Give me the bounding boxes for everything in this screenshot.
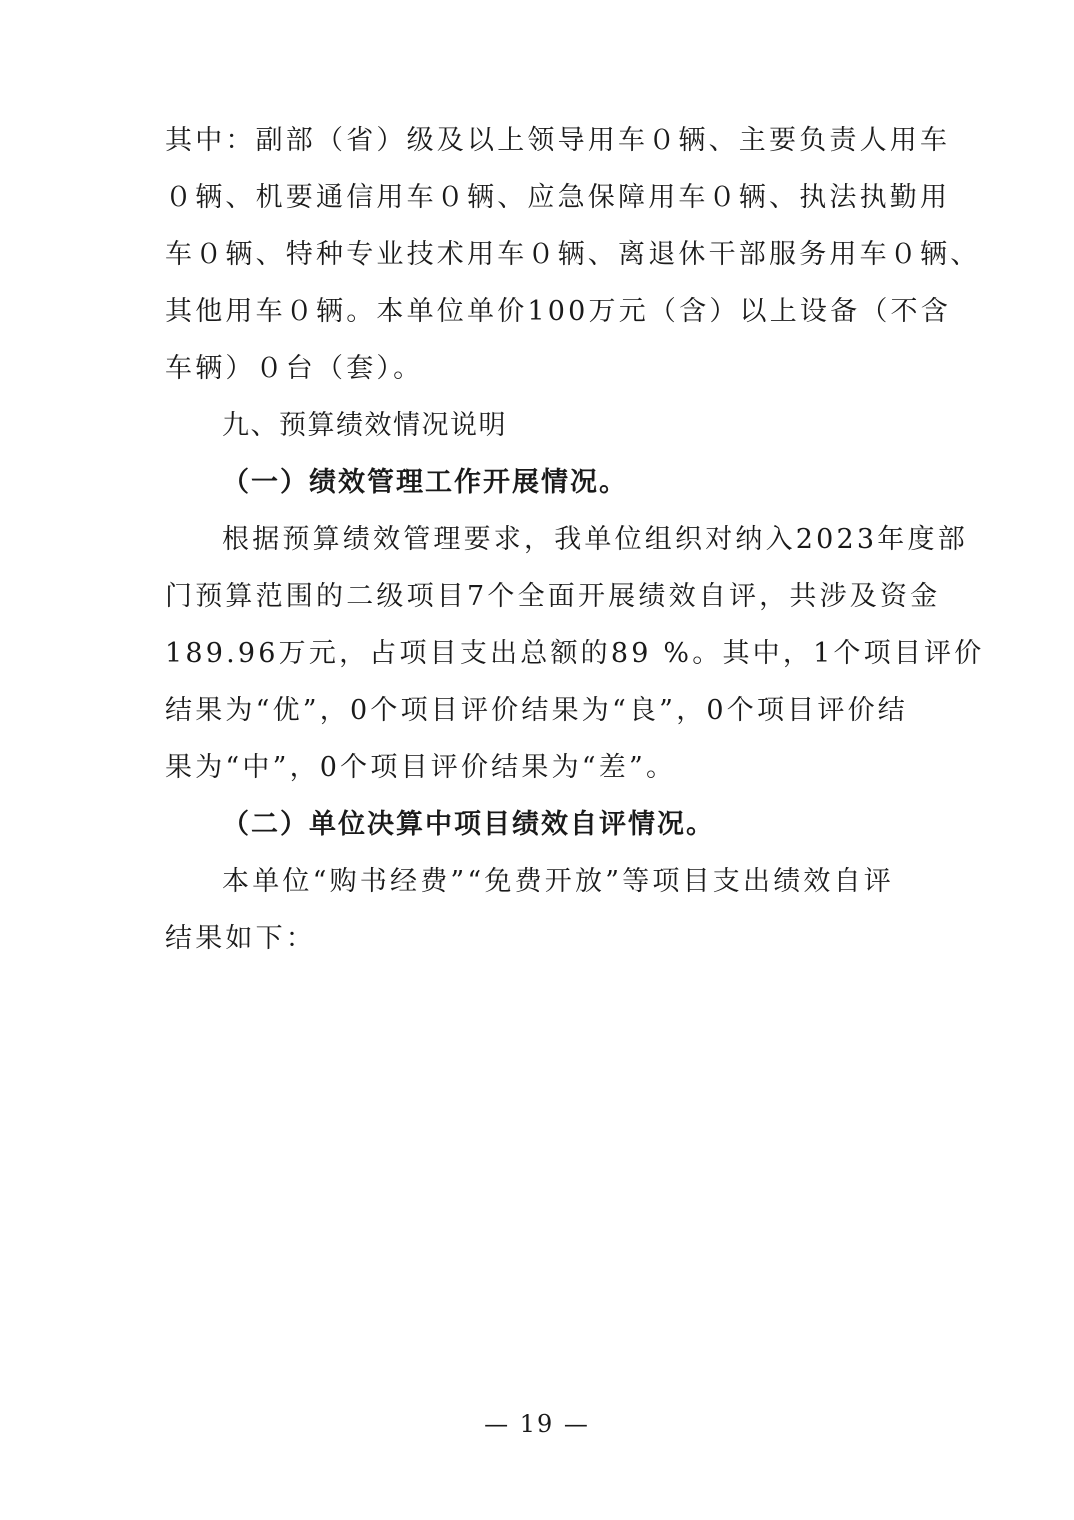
- vehicle-paragraph: 其中：副部（省）级及以上领导用车０辆、主要负责人用车 ０辆、机要通信用车０辆、应…: [165, 112, 915, 397]
- paragraph-line: 189.96万元，占项目支出总额的89 %。其中，1个项目评价: [165, 625, 915, 682]
- paragraph-line: 果为“中”，0个项目评价结果为“差”。: [165, 739, 915, 796]
- subsection-1-title: （一）绩效管理工作开展情况。: [165, 454, 915, 511]
- paragraph-line: 本单位“购书经费”“免费开放”等项目支出绩效自评: [165, 853, 915, 910]
- subsection-2-title: （二）单位决算中项目绩效自评情况。: [165, 796, 915, 853]
- paragraph-line: 结果如下：: [165, 910, 915, 967]
- section-heading: 九、预算绩效情况说明: [165, 397, 915, 454]
- page-number: — 19 —: [0, 1410, 1074, 1438]
- paragraph-line: 其中：副部（省）级及以上领导用车０辆、主要负责人用车: [165, 112, 915, 169]
- paragraph-line: 车辆）０台（套）。: [165, 340, 915, 397]
- paragraph-line: 车０辆、特种专业技术用车０辆、离退休干部服务用车０辆、: [165, 226, 915, 283]
- document-page: 其中：副部（省）级及以上领导用车０辆、主要负责人用车 ０辆、机要通信用车０辆、应…: [165, 112, 915, 967]
- paragraph-line: 根据预算绩效管理要求，我单位组织对纳入2023年度部: [165, 511, 915, 568]
- subsection-1-paragraph: 根据预算绩效管理要求，我单位组织对纳入2023年度部 门预算范围的二级项目7个全…: [165, 511, 915, 796]
- paragraph-line: 其他用车０辆。本单位单价100万元（含）以上设备（不含: [165, 283, 915, 340]
- paragraph-line: 结果为“优”，0个项目评价结果为“良”，0个项目评价结: [165, 682, 915, 739]
- subsection-2-paragraph: 本单位“购书经费”“免费开放”等项目支出绩效自评 结果如下：: [165, 853, 915, 967]
- paragraph-line: ０辆、机要通信用车０辆、应急保障用车０辆、执法执勤用: [165, 169, 915, 226]
- paragraph-line: 门预算范围的二级项目7个全面开展绩效自评，共涉及资金: [165, 568, 915, 625]
